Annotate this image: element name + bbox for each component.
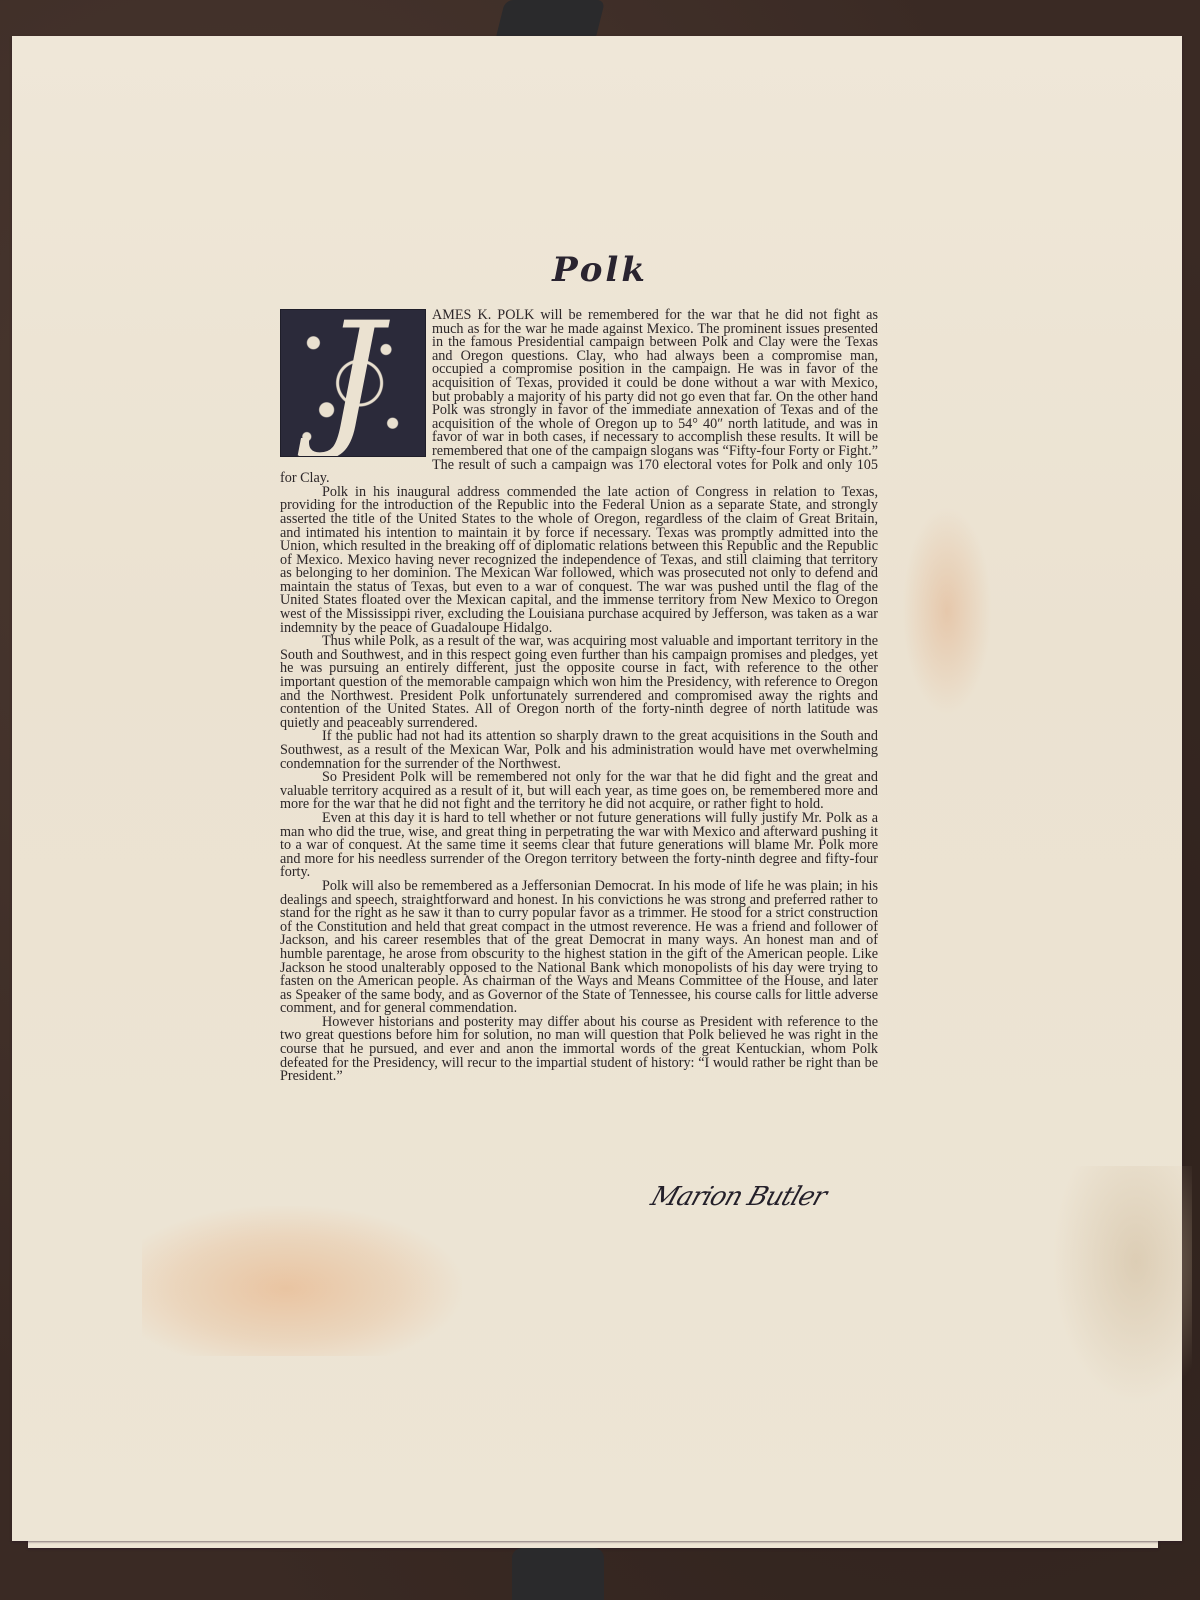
drop-cap-letter: J [281,309,425,457]
paragraph: Polk in his inaugural address commended … [280,486,878,636]
article-body: J AMES K. POLK will be remembered for th… [280,309,878,1084]
soldier-illustration-watermark [902,506,992,716]
binder-clip-bottom [512,1548,604,1600]
water-stain [1052,1166,1192,1406]
author-signature: Marion Butler [647,1182,887,1212]
paragraph: Thus while Polk, as a result of the war,… [280,635,878,730]
paragraph: If the public had not had its attention … [280,730,878,771]
paragraph: So President Polk will be remembered not… [280,771,878,812]
page-title: Polk [0,250,1200,290]
ship-illustration-watermark [142,1206,462,1356]
ornamental-drop-cap: J [280,309,426,457]
paragraph: Polk will also be remembered as a Jeffer… [280,880,878,1016]
paragraph: However historians and posterity may dif… [280,1016,878,1084]
paragraph: Even at this day it is hard to tell whet… [280,812,878,880]
